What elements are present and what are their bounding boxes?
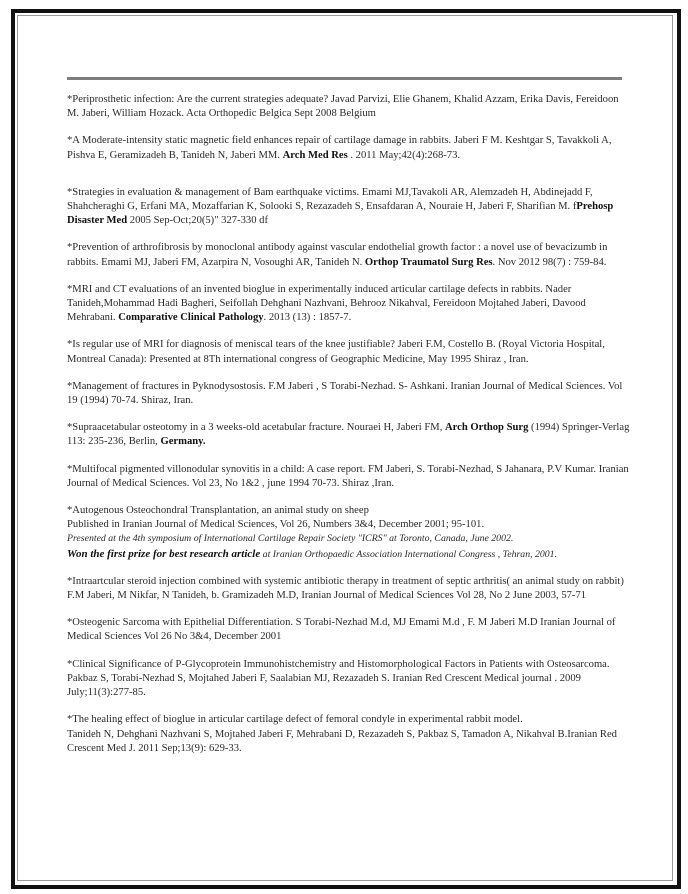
presentation-note: Presented at the 4th symposium of Intern… [67, 532, 633, 546]
publication-text: *Strategies in evaluation & management o… [67, 186, 633, 229]
award-details: at Iranian Orthopaedic Association Inter… [260, 549, 557, 560]
publication-entry: *Management of fractures in Pyknodysosto… [67, 380, 633, 408]
publication-authors: Tanideh N, Dehghani Nazhvani S, Mojtahed… [67, 728, 633, 756]
publication-text: *Periprosthetic infection: Are the curre… [67, 93, 633, 121]
publication-text: *Prevention of arthrofibrosis by monoclo… [67, 241, 633, 269]
journal-name: Arch Orthop Surg [445, 422, 528, 433]
journal-name: Arch Med Res [283, 150, 348, 161]
publication-entry: *Clinical Significance of P-Glycoprotein… [67, 658, 633, 701]
publication-entry: *MRI and CT evaluations of an invented b… [67, 283, 633, 326]
citation: *Supraacetabular osteotomy in a 3 weeks-… [67, 422, 445, 433]
publication-entry: *The healing effect of bioglue in articu… [67, 713, 633, 756]
publication-title: *Autogenous Osteochondral Transplantatio… [67, 504, 633, 518]
publication-entry: *Autogenous Osteochondral Transplantatio… [67, 504, 633, 562]
publication-text: *MRI and CT evaluations of an invented b… [67, 283, 633, 326]
award-note: Won the first prize for best research ar… [67, 547, 633, 562]
publication-text: *A Moderate-intensity static magnetic fi… [67, 134, 633, 162]
publication-entry: *Osteogenic Sarcoma with Epithelial Diff… [67, 616, 633, 644]
citation: *Strategies in evaluation & management o… [67, 187, 593, 212]
publication-venue: Published in Iranian Journal of Medical … [67, 518, 633, 532]
publication-entry: *Intraartcular steroid injection combine… [67, 575, 633, 603]
publication-entry: *A Moderate-intensity static magnetic fi… [67, 134, 633, 162]
publication-entry: *Multifocal pigmented villonodular synov… [67, 463, 633, 491]
publication-entry: *Prevention of arthrofibrosis by monoclo… [67, 241, 633, 269]
publication-text: *Osteogenic Sarcoma with Epithelial Diff… [67, 616, 633, 644]
publication-text: *Management of fractures in Pyknodysosto… [67, 380, 633, 408]
publication-text: *Supraacetabular osteotomy in a 3 weeks-… [67, 421, 633, 449]
publication-entry: *Is regular use of MRI for diagnosis of … [67, 338, 633, 366]
country: Germany. [160, 436, 205, 447]
journal-name: Orthop Traumatol Surg Res [365, 257, 493, 268]
citation-details: . 2011 May;42(4):268-73. [348, 150, 460, 161]
publication-text: *Is regular use of MRI for diagnosis of … [67, 338, 633, 366]
publication-entry: *Periprosthetic infection: Are the curre… [67, 93, 633, 121]
publication-text: *Intraartcular steroid injection combine… [67, 575, 633, 603]
header-rule [67, 77, 622, 80]
citation-details: . Nov 2012 98(7) : 759-84. [493, 257, 607, 268]
journal-name: Comparative Clinical Pathology [118, 312, 263, 323]
publication-text: *Clinical Significance of P-Glycoprotein… [67, 658, 633, 701]
publication-entry: *Supraacetabular osteotomy in a 3 weeks-… [67, 421, 633, 449]
publication-title: *The healing effect of bioglue in articu… [67, 713, 633, 727]
publication-text: *Multifocal pigmented villonodular synov… [67, 463, 633, 491]
publication-list: *Periprosthetic infection: Are the curre… [67, 93, 633, 769]
publication-entry: *Strategies in evaluation & management o… [67, 186, 633, 229]
citation-details: . 2013 (13) : 1857-7. [264, 312, 352, 323]
citation-details: 2005 Sep-Oct;20(5)" 327-330 df [127, 215, 268, 226]
award-title: Won the first prize for best research ar… [67, 548, 260, 560]
